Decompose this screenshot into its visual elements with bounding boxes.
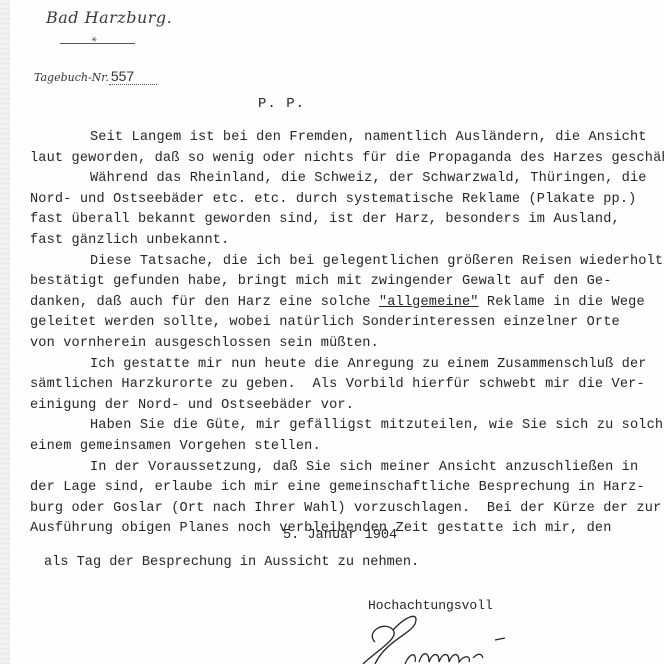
ornament-divider: ✳ — [60, 40, 135, 46]
text-line: sämtlichen Harzkurorte zu geben. Als Vor… — [60, 375, 640, 396]
star-ornament-icon: ✳ — [91, 34, 97, 46]
closing-salutation: Hochachtungsvoll — [368, 598, 493, 613]
emphasized-word: "allgemeine" — [379, 295, 479, 310]
text-line: der Lage sind, erlaube ich mir eine geme… — [60, 478, 640, 499]
text-line: geleitet werden sollte, wobei natürlich … — [60, 313, 640, 334]
meeting-date-continuation: als Tag der Besprechung in Aussicht zu n… — [44, 555, 419, 570]
text-line: fast gänzlich unbekannt. — [60, 231, 640, 252]
text-line: von vornherein ausgeschlossen sein müßte… — [60, 334, 640, 355]
letterhead-place: Bad Harzburg. — [46, 8, 172, 27]
text-line: einigung der Nord- und Ostseebäder vor. — [60, 396, 640, 417]
text-line: Nord- und Ostseebäder etc. etc. durch sy… — [60, 190, 640, 211]
diary-number: 557 — [109, 68, 157, 85]
diary-number-line: Tagebuch-Nr.557 — [34, 68, 157, 85]
paragraph-3: Diese Tatsache, die ich bei gelegentlich… — [60, 252, 640, 355]
text-line: Während das Rheinland, die Schweiz, der … — [60, 169, 640, 190]
text-line: laut geworden, daß so wenig oder nichts … — [60, 149, 640, 170]
text-line: Diese Tatsache, die ich bei gelegentlich… — [60, 252, 640, 273]
text-line: burg oder Goslar (Ort nach Ihrer Wahl) v… — [60, 499, 640, 520]
text-line: Ich gestatte mir nun heute die Anregung … — [60, 355, 640, 376]
text-line: einem gemeinsamen Vorgehen stellen. — [60, 437, 640, 458]
paragraph-5: Haben Sie die Güte, mir gefälligst mitzu… — [60, 416, 640, 457]
letter-body: Seit Langem ist bei den Fremden, namentl… — [60, 128, 640, 540]
text-line: danken, daß auch für den Harz eine solch… — [60, 293, 640, 314]
paragraph-1: Seit Langem ist bei den Fremden, namentl… — [60, 128, 640, 169]
text-line: In der Voraussetzung, daß Sie sich meine… — [60, 458, 640, 479]
scanned-page-edge — [0, 0, 10, 664]
text-fragment: danken, daß auch für den Harz eine solch… — [30, 295, 379, 310]
handwritten-signature — [345, 612, 535, 664]
diary-label: Tagebuch-Nr. — [34, 71, 109, 84]
text-line: Haben Sie die Güte, mir gefälligst mitzu… — [60, 416, 640, 437]
text-fragment: Reklame in die Wege — [479, 295, 645, 310]
text-line: bestätigt gefunden habe, bringt mich mit… — [60, 272, 640, 293]
text-line: fast überall bekannt geworden sind, ist … — [60, 210, 640, 231]
meeting-date: 5. Januar 1904 — [283, 528, 397, 543]
salutation-heading: P. P. — [258, 96, 305, 112]
paragraph-4: Ich gestatte mir nun heute die Anregung … — [60, 355, 640, 417]
paragraph-2: Während das Rheinland, die Schweiz, der … — [60, 169, 640, 251]
text-line: Seit Langem ist bei den Fremden, namentl… — [60, 128, 640, 149]
